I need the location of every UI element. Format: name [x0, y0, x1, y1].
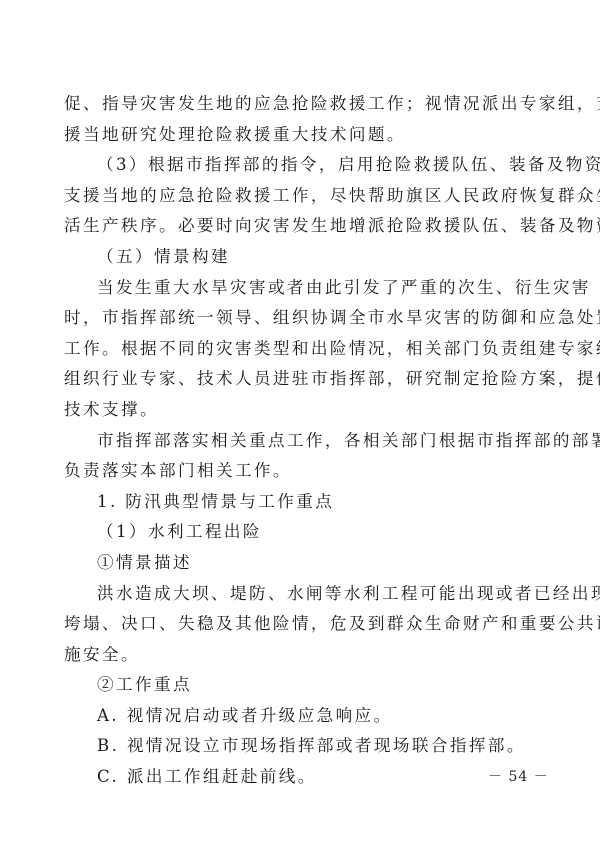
paragraph-line: 垮塌、决口、失稳及其他险情，危及到群众生命财产和重要公共设 [64, 609, 526, 640]
list-item: B. 视情况设立市现场指挥部或者现场联合指挥部。 [64, 731, 526, 762]
paragraph-line: 援当地研究处理抢险救援重大技术问题。 [64, 120, 526, 151]
item-heading: ②工作重点 [64, 670, 526, 701]
document-page: 促、指导灾害发生地的应急抢险救援工作；视情况派出专家组，支 援当地研究处理抢险救… [0, 0, 600, 847]
paragraph-line: 施安全。 [64, 640, 526, 671]
paragraph-line: 支援当地的应急抢险救援工作，尽快帮助旗区人民政府恢复群众生 [64, 181, 526, 212]
paragraph-line: 活生产秩序。必要时向灾害发生地增派抢险救援队伍、装备及物资。 [64, 211, 526, 242]
paragraph-line: 工作。根据不同的灾害类型和出险情况，相关部门负责组建专家组， [64, 334, 526, 365]
paragraph-line: 市指挥部落实相关重点工作，各相关部门根据市指挥部的部署 [64, 426, 526, 457]
list-item: A. 视情况启动或者升级应急响应。 [64, 701, 526, 732]
paragraph-line: 当发生重大水旱灾害或者由此引发了严重的次生、衍生灾害 [64, 273, 526, 304]
section-heading: （五）情景构建 [64, 242, 526, 273]
paragraph-line: 时，市指挥部统一领导、组织协调全市水旱灾害的防御和应急处置 [64, 303, 526, 334]
subsection-heading: 1. 防汛典型情景与工作重点 [64, 487, 526, 518]
paragraph-line: 负责落实本部门相关工作。 [64, 456, 526, 487]
list-item: C. 派出工作组赶赴前线。 [64, 762, 526, 793]
page-number: － 54 － [488, 766, 549, 786]
paragraph-line: （3）根据市指挥部的指令，启用抢险救援队伍、装备及物资 [64, 150, 526, 181]
paragraph-line: 组织行业专家、技术人员进驻市指挥部，研究制定抢险方案，提供 [64, 364, 526, 395]
document-body: 促、指导灾害发生地的应急抢险救援工作；视情况派出专家组，支 援当地研究处理抢险救… [64, 89, 526, 793]
paragraph-line: 促、指导灾害发生地的应急抢险救援工作；视情况派出专家组，支 [64, 89, 526, 120]
item-heading: ①情景描述 [64, 548, 526, 579]
paragraph-line: 洪水造成大坝、堤防、水闸等水利工程可能出现或者已经出现 [64, 579, 526, 610]
subsection-heading: （1）水利工程出险 [64, 517, 526, 548]
paragraph-line: 技术支撑。 [64, 395, 526, 426]
